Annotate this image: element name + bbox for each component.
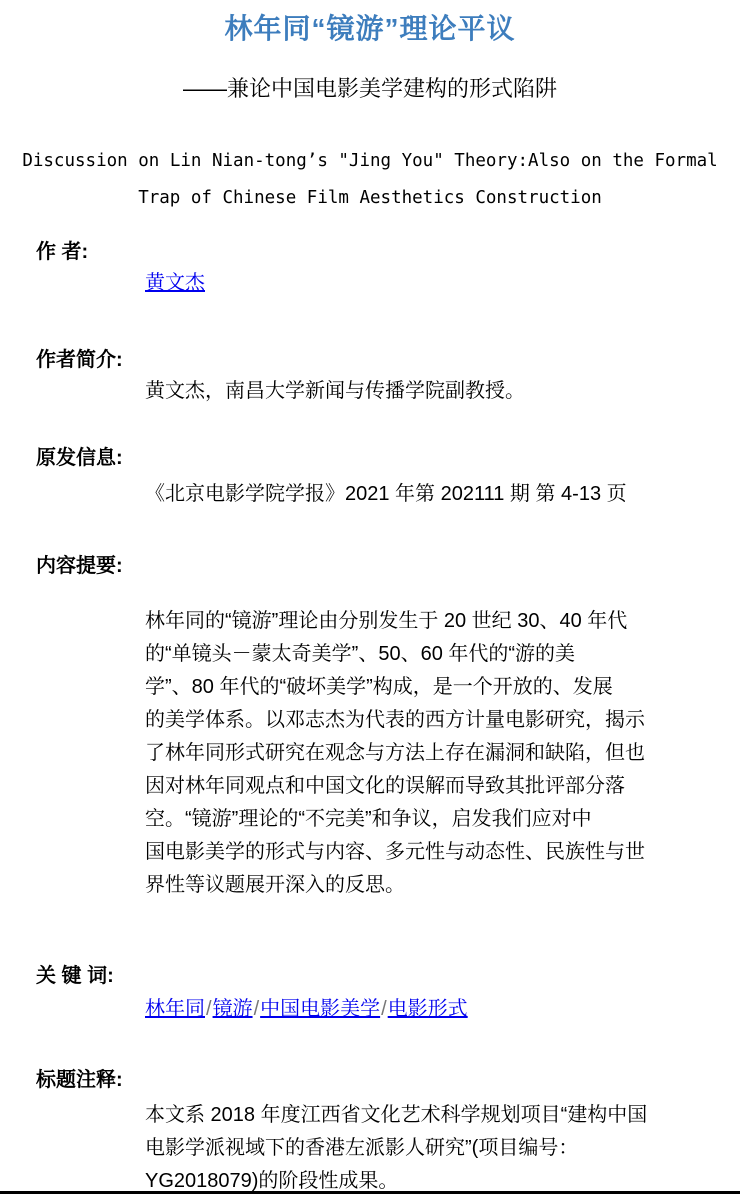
keyword-link[interactable]: 中国电影美学	[260, 998, 380, 1020]
keyword-link[interactable]: 镜游	[213, 998, 253, 1020]
article-title-english: Discussion on Lin Nian-tong’s "Jing You"…	[0, 143, 740, 217]
author-link[interactable]: 黄文杰	[145, 272, 205, 294]
title-note-label: 标题注释:	[36, 1067, 740, 1093]
section-author: 作 者: 黄文杰	[0, 239, 740, 296]
keyword-separator: /	[380, 998, 388, 1020]
keyword-separator: /	[205, 998, 213, 1020]
source-text: 《北京电影学院学报》2021 年第 202111 期 第 4-13 页	[145, 481, 720, 507]
author-content: 黄文杰	[145, 270, 720, 296]
article-page: 林年同“镜游”理论平议 ——兼论中国电影美学建构的形式陷阱 Discussion…	[0, 0, 740, 1198]
article-subtitle: ——兼论中国电影美学建构的形式陷阱	[0, 77, 740, 101]
section-author-bio: 作者简介: 黄文杰，南昌大学新闻与传播学院副教授。	[0, 347, 740, 404]
source-label: 原发信息:	[36, 445, 740, 471]
keyword-link[interactable]: 林年同	[145, 998, 205, 1020]
author-label: 作 者:	[36, 239, 740, 265]
abstract-text: 林年同的“镜游”理论由分别发生于 20 世纪 30、40 年代 的“单镜头－蒙太…	[145, 605, 720, 902]
section-source: 原发信息: 《北京电影学院学报》2021 年第 202111 期 第 4-13 …	[0, 445, 740, 507]
keywords-list: 林年同/镜游/中国电影美学/电影形式	[145, 996, 720, 1022]
keyword-separator: /	[253, 998, 261, 1020]
article-title: 林年同“镜游”理论平议	[0, 12, 740, 46]
page-bottom-border	[0, 1191, 740, 1194]
author-bio-text: 黄文杰，南昌大学新闻与传播学院副教授。	[145, 378, 720, 404]
section-keywords: 关 键 词: 林年同/镜游/中国电影美学/电影形式	[0, 963, 740, 1022]
section-abstract: 内容提要: 林年同的“镜游”理论由分别发生于 20 世纪 30、40 年代 的“…	[0, 553, 740, 902]
abstract-label: 内容提要:	[36, 553, 740, 579]
keywords-label: 关 键 词:	[36, 963, 740, 989]
author-bio-label: 作者简介:	[36, 347, 740, 373]
keyword-link[interactable]: 电影形式	[388, 998, 468, 1020]
section-title-note: 标题注释: 本文系 2018 年度江西省文化艺术科学规划项目“建构中国 电影学派…	[0, 1067, 740, 1198]
title-note-text: 本文系 2018 年度江西省文化艺术科学规划项目“建构中国 电影学派视域下的香港…	[145, 1099, 720, 1198]
